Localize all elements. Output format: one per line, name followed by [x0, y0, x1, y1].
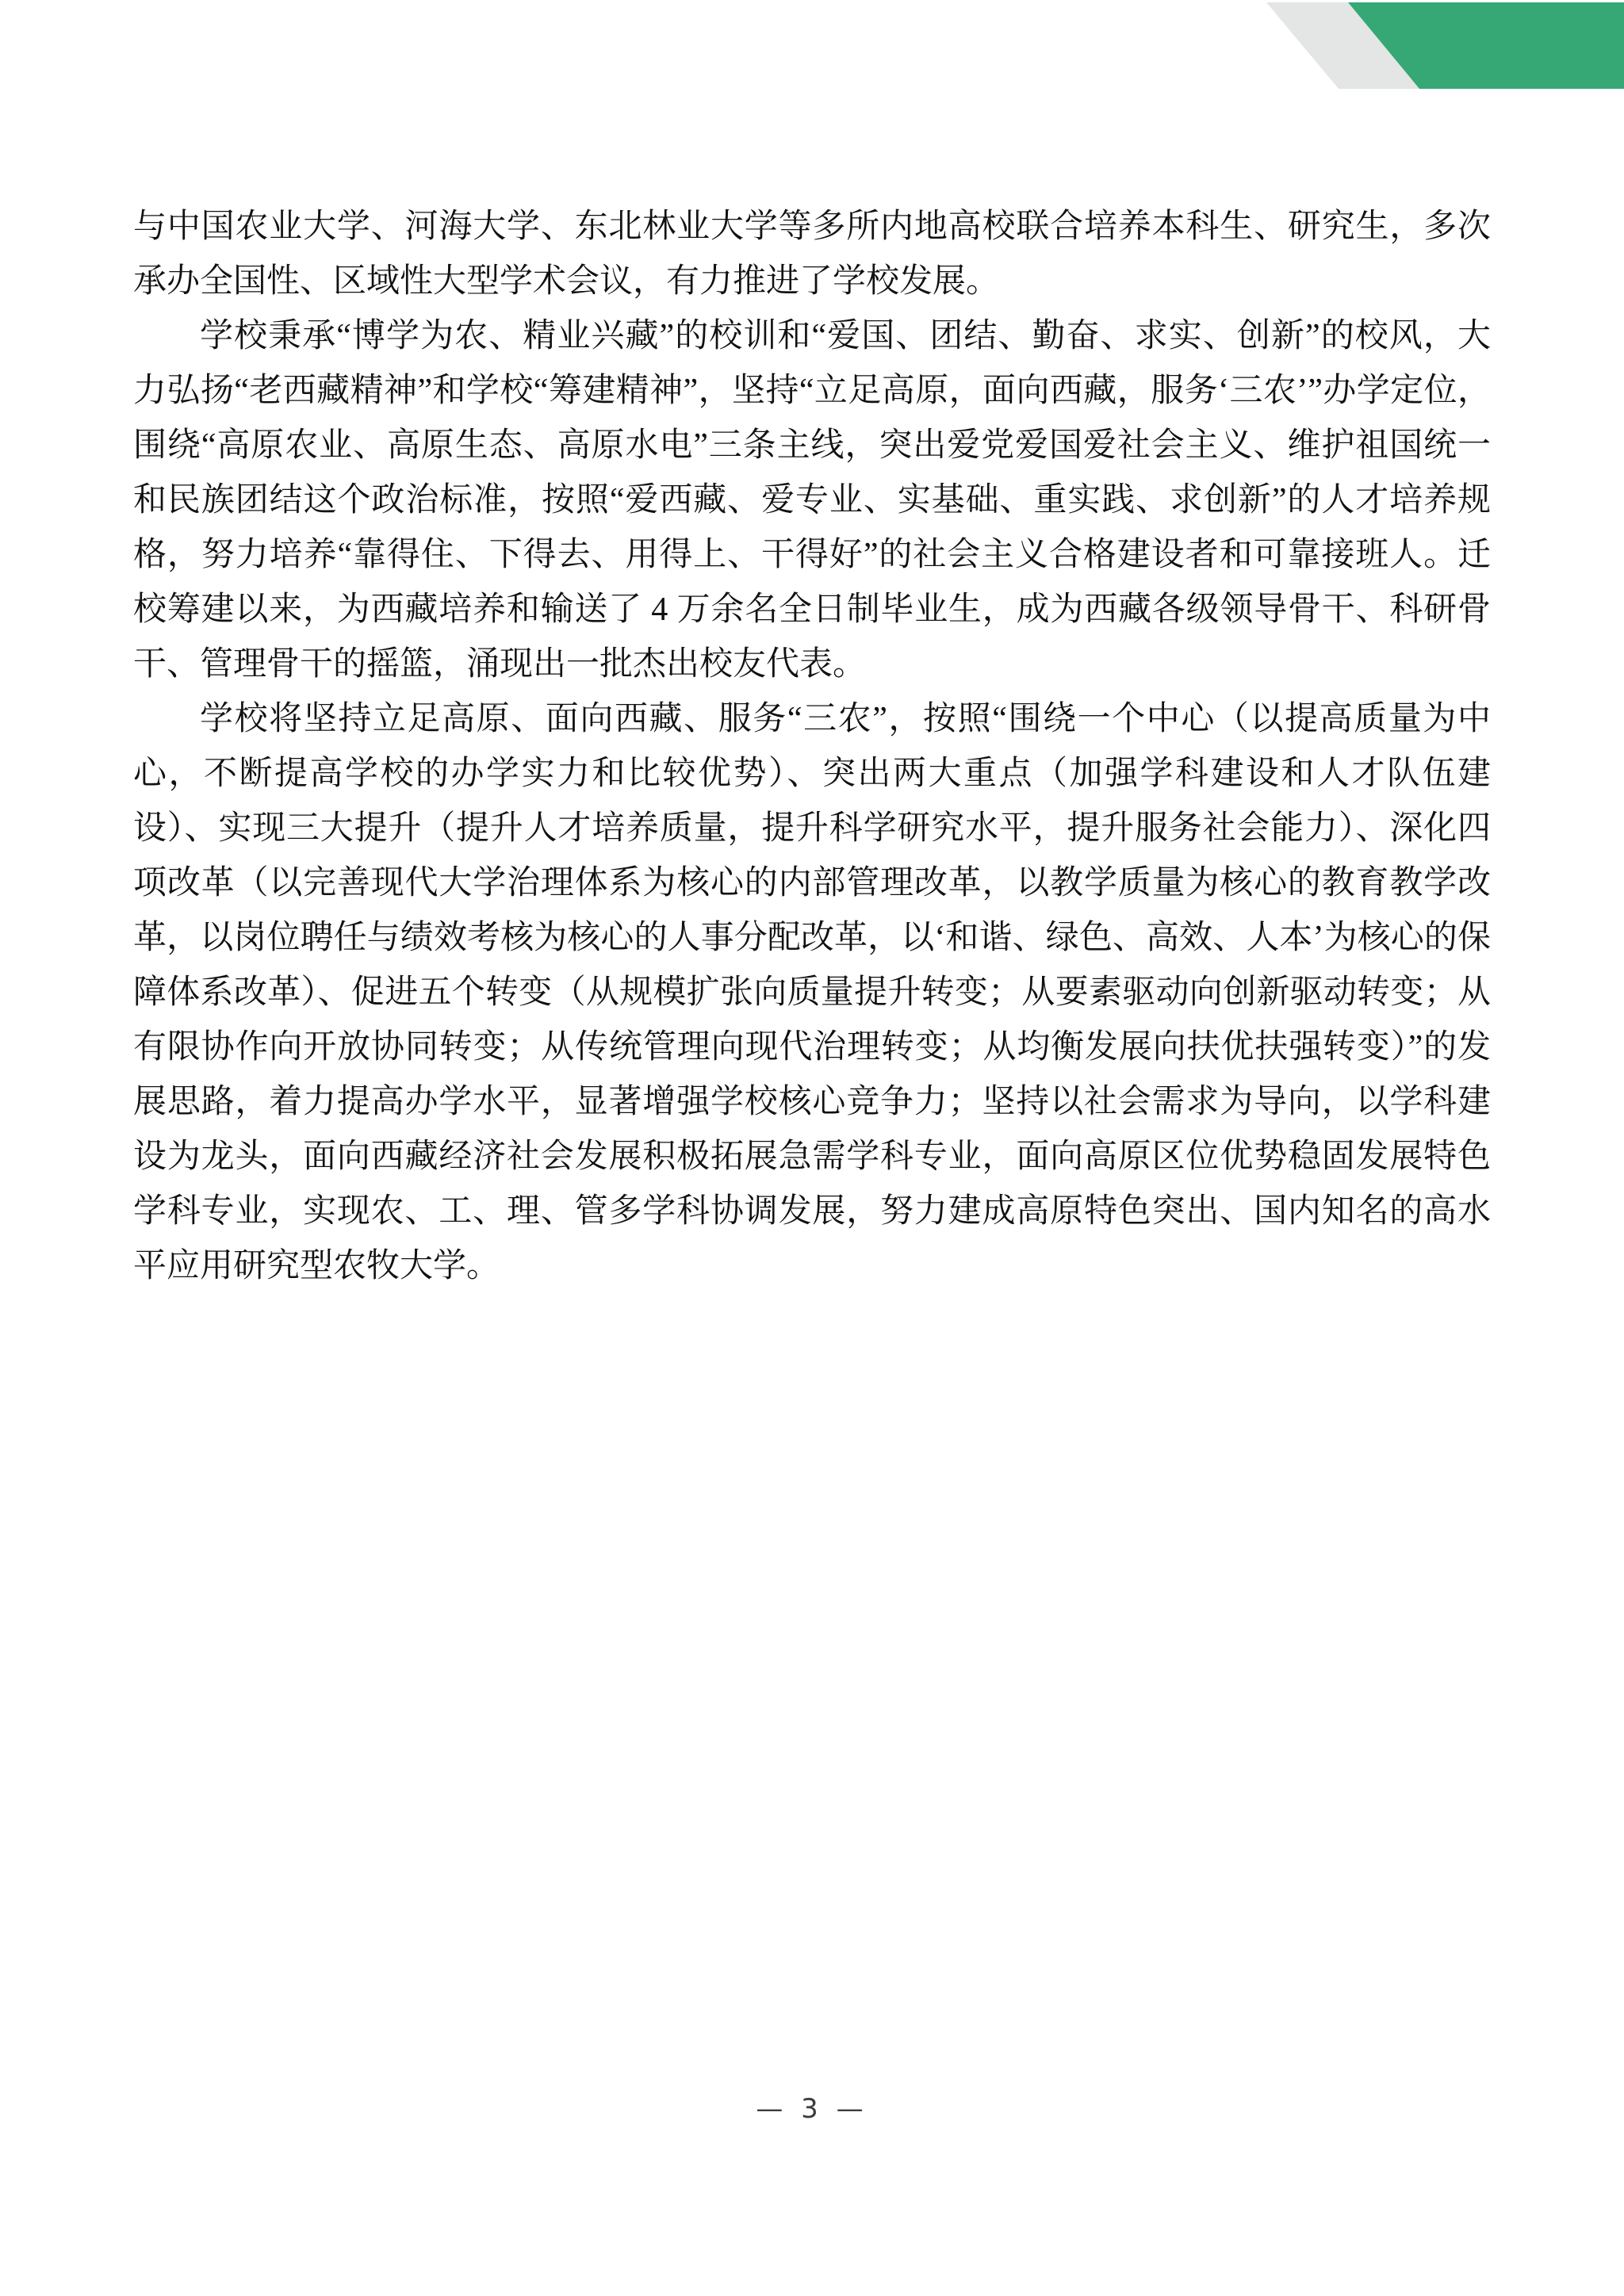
document-page: 与中国农业大学、河海大学、东北林业大学等多所内地高校联合培养本科生、研究生，多次…	[0, 0, 1624, 2296]
paragraph-continuation: 与中国农业大学、河海大学、东北林业大学等多所内地高校联合培养本科生、研究生，多次…	[133, 200, 1491, 309]
page-number: — 3 —	[0, 2093, 1624, 2125]
paragraph-development-strategy: 学校将坚持立足高原、面向西藏、服务“三农”，按照“围绕一个中心（以提高质量为中心…	[133, 692, 1491, 1294]
body-text: 与中国农业大学、河海大学、东北林业大学等多所内地高校联合培养本科生、研究生，多次…	[133, 200, 1491, 1294]
header-ribbon-decoration	[1266, 0, 1624, 91]
paragraph-school-motto: 学校秉承“博学为农、精业兴藏”的校训和“爱国、团结、勤奋、求实、创新”的校风，大…	[133, 309, 1491, 692]
